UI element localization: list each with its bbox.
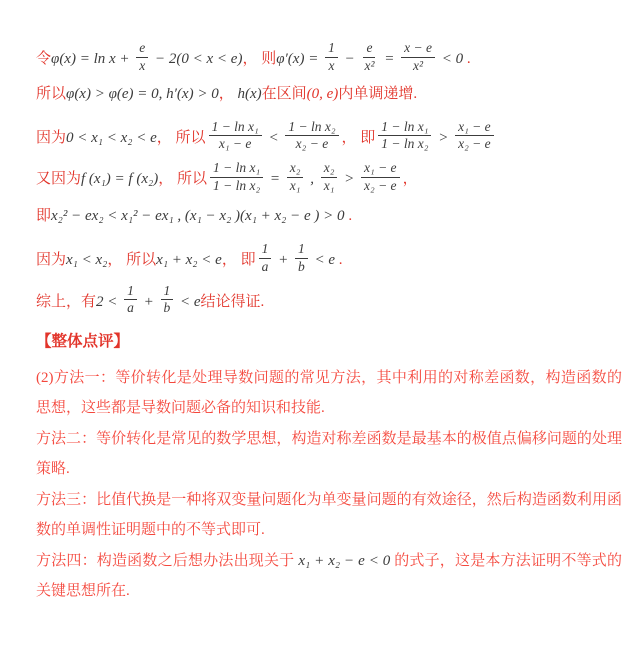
math-text: x₁ < x₂ [66, 252, 107, 268]
fraction: x₂x₁ [287, 160, 304, 195]
solution-line-fraction-inequality: 因为0 < x₁ < x₂ < e， 所以1 − ln x₁x₁ − e < 1… [36, 121, 622, 156]
math-text: < e [311, 252, 335, 268]
chinese-text: (2)方法一：等价转化是处理导数问题的常见方法，其中利用的对称差函数，构造函数的… [36, 370, 622, 416]
chinese-text: ， [403, 171, 418, 187]
chinese-text: 方法二：等价转化是常见的数学思想，构造对称差函数是最基本的极值点偏移问题的处理策… [36, 431, 622, 477]
math-text: x₂² − ex₂ < x₁² − ex₁ , (x₁ − x₂ )(x₁ + … [51, 208, 345, 224]
chinese-text: . [335, 252, 343, 268]
chinese-text: 内单调递增. [338, 86, 417, 102]
solution-line-f-equality: 又因为f (x₁) = f (x₂)， 所以1 − ln x₁1 − ln x₂… [36, 162, 622, 197]
solution-line-phi-definition: 令φ(x) = ln x + ex − 2(0 < x < e)， 则φ′(x)… [36, 42, 622, 77]
fraction: 1 − ln x₁1 − ln x₂ [210, 160, 263, 195]
chinese-text: 所以 [36, 86, 66, 102]
chinese-text: 因为 [36, 129, 66, 145]
review-para-method-1: (2)方法一：等价转化是处理导数问题的常见方法，其中利用的对称差函数，构造函数的… [36, 363, 622, 423]
math-text: < [265, 129, 283, 145]
chinese-text: ， 所以 [107, 252, 156, 268]
math-text: + [274, 252, 292, 268]
math-text: φ(x) > φ(e) = 0, h′(x) > 0 [66, 86, 219, 102]
chinese-text: 即 [36, 208, 51, 224]
chinese-text: ， 所以 [157, 129, 206, 145]
fraction: x₂x₁ [321, 160, 338, 195]
math-text: < e [176, 293, 200, 309]
solution-block: 令φ(x) = ln x + ex − 2(0 < x < e)， 则φ′(x)… [36, 42, 622, 319]
chinese-text: 方法三：比值代换是一种将双变量问题化为单变量问题的有效途径，然后构造函数利用函数… [36, 492, 622, 538]
document-page: 令φ(x) = ln x + ex − 2(0 < x < e)， 则φ′(x)… [0, 0, 642, 659]
review-para-method-2: 方法二：等价转化是常见的数学思想，构造对称差函数是最基本的极值点偏移问题的处理策… [36, 424, 622, 484]
chinese-text: ， [219, 86, 238, 102]
fraction: x₁ − ex₂ − e [361, 160, 400, 195]
math-text: = [266, 171, 284, 187]
chinese-text: 在区间 [262, 86, 307, 102]
chinese-text: 方法四：构造函数之后想办法出现关于 [36, 553, 298, 569]
math-text: 0 < x₁ < x₂ < e [66, 129, 157, 145]
fraction: 1b [295, 241, 308, 276]
fraction: 1b [161, 283, 174, 318]
solution-line-conclusion: 综上，有2 < 1a + 1b < e结论得证. [36, 285, 622, 320]
review-heading: 【整体点评】 [36, 329, 622, 351]
math-text: = [381, 51, 399, 67]
math-text: > [340, 171, 358, 187]
math-text: f (x₁) = f (x₂) [81, 171, 158, 187]
fraction: 1a [259, 241, 272, 276]
chinese-text: ， 所以 [158, 171, 207, 187]
math-text: + [140, 293, 158, 309]
math-text: − 2(0 < x < e) [151, 51, 242, 67]
fraction: 1 − ln x₁x₁ − e [209, 119, 262, 154]
chinese-text: 令 [36, 51, 51, 67]
fraction: 1a [124, 283, 137, 318]
solution-line-sum-less-than-e: 因为x₁ < x₂， 所以x₁ + x₂ < e， 即1a + 1b < e . [36, 243, 622, 278]
chinese-text: . [463, 51, 471, 67]
chinese-text: 因为 [36, 252, 66, 268]
review-block: 【整体点评】 (2)方法一：等价转化是处理导数问题的常见方法，其中利用的对称差函… [36, 329, 622, 606]
math-text: x₁ + x₂ − e < 0 [298, 553, 390, 569]
math-text: 2 < [96, 293, 121, 309]
chinese-text: 综上，有 [36, 293, 96, 309]
fraction: x − ex² [401, 40, 435, 75]
math-text: φ′(x) = [276, 51, 322, 67]
chinese-text: ， 即 [222, 252, 256, 268]
fraction: ex [136, 40, 148, 75]
math-text: , [306, 171, 317, 187]
chinese-text: 结论得证. [201, 293, 265, 309]
math-text: < 0 [438, 51, 463, 67]
solution-line-monotonic-increase: 所以φ(x) > φ(e) = 0, h′(x) > 0， h(x)在区间(0,… [36, 85, 622, 104]
math-text: φ(x) = ln x + [51, 51, 133, 67]
review-para-method-4: 方法四：构造函数之后想办法出现关于 x₁ + x₂ − e < 0 的式子，这是… [36, 546, 622, 606]
solution-line-quadratic: 即x₂² − ex₂ < x₁² − ex₁ , (x₁ − x₂ )(x₁ +… [36, 207, 622, 226]
math-text: h(x) [237, 86, 261, 102]
review-para-method-3: 方法三：比值代换是一种将双变量问题化为单变量问题的有效途径，然后构造函数利用函数… [36, 485, 622, 545]
chinese-text: ， 即 [342, 129, 376, 145]
fraction: 1 − ln x₂x₂ − e [285, 119, 338, 154]
chinese-text: 又因为 [36, 171, 81, 187]
math-text: x₁ + x₂ < e [156, 252, 222, 268]
chinese-text: . [345, 208, 353, 224]
fraction: ex² [361, 40, 377, 75]
fraction: 1 − ln x₁1 − ln x₂ [378, 119, 431, 154]
math-text: (0, e) [307, 86, 339, 102]
math-text: > [434, 129, 452, 145]
chinese-text: ， 则 [242, 51, 276, 67]
fraction: 1x [325, 40, 338, 75]
math-text: − [341, 51, 359, 67]
fraction: x₁ − ex₂ − e [455, 119, 494, 154]
